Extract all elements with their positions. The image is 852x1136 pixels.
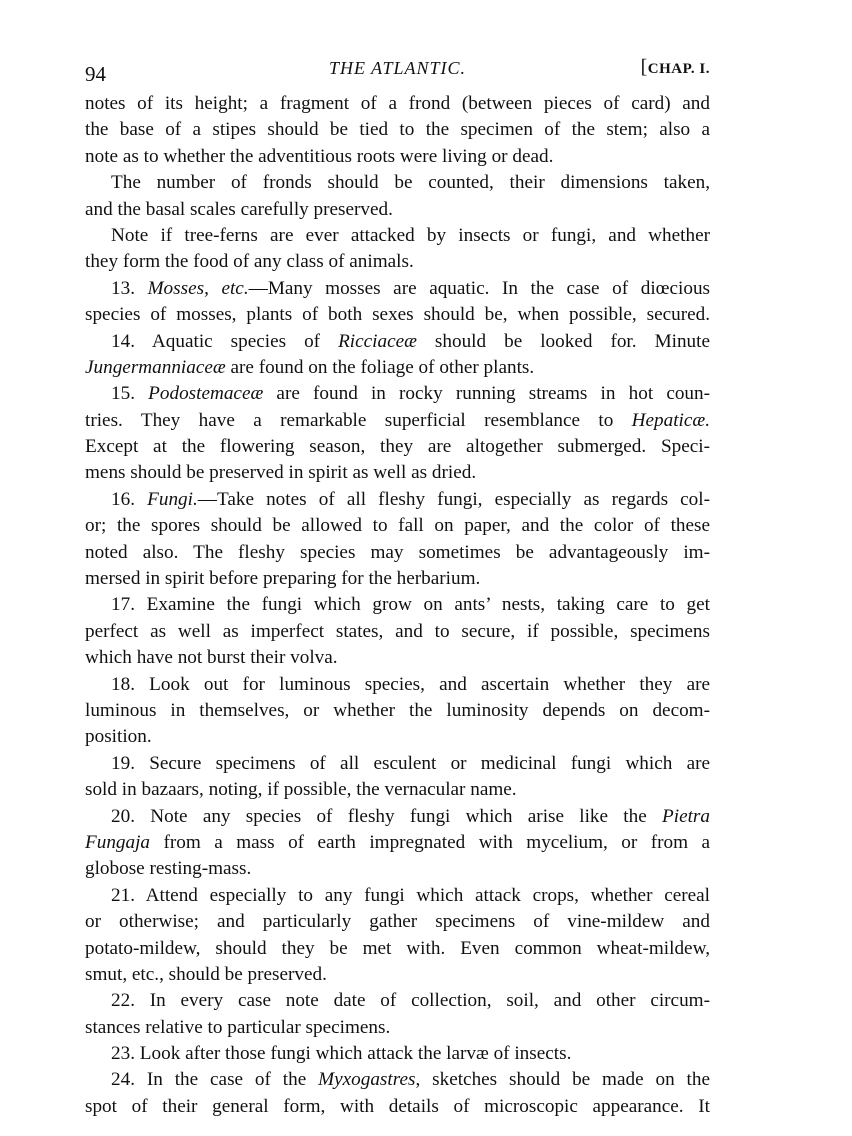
text-segment: 16.	[111, 489, 147, 510]
text-segment: or; the spores should be allowed to fall…	[85, 515, 710, 536]
italic-term: Myxogastres	[318, 1069, 415, 1090]
text-segment: which have not burst their volva.	[85, 647, 338, 668]
text-segment: 22. In every case note date of collectio…	[111, 990, 710, 1011]
italic-term: Mosses, etc.	[148, 278, 249, 299]
text-segment: stances relative to particular specimens…	[85, 1017, 390, 1038]
text-line: globose resting-mass.	[85, 856, 710, 882]
text-line: note as to whether the adventitious root…	[85, 144, 710, 170]
text-segment: , sketches should be made on the	[415, 1069, 710, 1090]
text-line: luminous in themselves, or whether the l…	[85, 698, 710, 724]
italic-term: Podostemaceæ	[148, 383, 263, 404]
text-segment: The number of fronds should be counted, …	[111, 172, 710, 193]
text-line: position.	[85, 724, 710, 750]
text-segment: 17. Examine the fungi which grow on ants…	[111, 594, 710, 615]
text-line: they form the food of any class of anima…	[85, 249, 710, 275]
text-segment: 14. Aquatic species of	[111, 331, 338, 352]
text-segment: should be looked for. Minute	[417, 331, 710, 352]
text-line: Jungermanniaceæ are found on the foliage…	[85, 355, 710, 381]
text-line: 17. Examine the fungi which grow on ants…	[85, 592, 710, 618]
body-text: notes of its height; a fragment of a fro…	[85, 91, 710, 1120]
text-segment: 15.	[111, 383, 148, 404]
text-line: species of mosses, plants of both sexes …	[85, 302, 710, 328]
text-segment: they form the food of any class of anima…	[85, 251, 414, 272]
text-line: potato-mildew, should they be met with. …	[85, 936, 710, 962]
text-segment: sold in bazaars, noting, if possible, th…	[85, 779, 517, 800]
text-segment: 23. Look after those fungi which attack …	[111, 1043, 571, 1064]
text-segment: —Take notes of all fleshy fungi, especia…	[198, 489, 710, 510]
text-line: the base of a stipes should be tied to t…	[85, 117, 710, 143]
text-segment: tries. They have a remarkable superficia…	[85, 410, 632, 431]
text-segment: note as to whether the adventitious root…	[85, 146, 553, 167]
text-segment: 13.	[111, 278, 148, 299]
text-line: 20. Note any species of fleshy fungi whi…	[85, 804, 710, 830]
text-segment: mersed in spirit before preparing for th…	[85, 568, 480, 589]
text-line: 19. Secure specimens of all esculent or …	[85, 751, 710, 777]
text-line: Except at the flowering season, they are…	[85, 434, 710, 460]
text-segment: mens should be preserved in spirit as we…	[85, 462, 476, 483]
text-segment: from a mass of earth impregnated with my…	[150, 832, 710, 853]
text-segment: noted also. The fleshy species may somet…	[85, 542, 710, 563]
text-line: noted also. The fleshy species may somet…	[85, 540, 710, 566]
text-line: 24. In the case of the Myxogastres, sket…	[85, 1067, 710, 1093]
running-title: THE ATLANTIC.	[85, 58, 710, 79]
text-segment: perfect as well as imperfect states, and…	[85, 621, 710, 642]
text-segment: species of mosses, plants of both sexes …	[85, 304, 710, 325]
italic-term: Pietra	[662, 806, 710, 827]
text-line: 15. Podostemaceæ are found in rocky runn…	[85, 381, 710, 407]
text-line: mens should be preserved in spirit as we…	[85, 460, 710, 486]
text-line: sold in bazaars, noting, if possible, th…	[85, 777, 710, 803]
text-segment: luminous in themselves, or whether the l…	[85, 700, 710, 721]
text-line: or otherwise; and particularly gather sp…	[85, 909, 710, 935]
text-line: Note if tree-ferns are ever attacked by …	[85, 223, 710, 249]
text-line: 21. Attend especially to any fungi which…	[85, 883, 710, 909]
text-segment: position.	[85, 726, 152, 747]
text-segment: 21. Attend especially to any fungi which…	[111, 885, 710, 906]
text-line: 14. Aquatic species of Ricciaceæ should …	[85, 329, 710, 355]
text-segment: spot of their general form, with details…	[85, 1096, 710, 1117]
text-segment: potato-mildew, should they be met with. …	[85, 938, 710, 959]
text-line: 22. In every case note date of collectio…	[85, 988, 710, 1014]
page-header: 94 THE ATLANTIC. [CHAP. I.	[85, 58, 710, 88]
text-segment: 19. Secure specimens of all esculent or …	[111, 753, 710, 774]
text-line: The number of fronds should be counted, …	[85, 170, 710, 196]
text-segment: are found in rocky running streams in ho…	[263, 383, 710, 404]
text-segment: the base of a stipes should be tied to t…	[85, 119, 710, 140]
text-line: perfect as well as imperfect states, and…	[85, 619, 710, 645]
italic-term: Hepaticæ.	[632, 410, 710, 431]
text-segment: Note if tree-ferns are ever attacked by …	[111, 225, 710, 246]
text-line: mersed in spirit before preparing for th…	[85, 566, 710, 592]
text-line: stances relative to particular specimens…	[85, 1015, 710, 1041]
text-segment: globose resting-mass.	[85, 858, 251, 879]
text-line: notes of its height; a fragment of a fro…	[85, 91, 710, 117]
text-segment: 18. Look out for luminous species, and a…	[111, 674, 710, 695]
text-line: tries. They have a remarkable superficia…	[85, 408, 710, 434]
text-segment: smut, etc., should be preserved.	[85, 964, 327, 985]
text-line: or; the spores should be allowed to fall…	[85, 513, 710, 539]
text-line: 18. Look out for luminous species, and a…	[85, 672, 710, 698]
chapter-label: [CHAP. I.	[641, 56, 710, 79]
text-line: which have not burst their volva.	[85, 645, 710, 671]
book-page: 94 THE ATLANTIC. [CHAP. I. notes of its …	[0, 0, 852, 1136]
italic-term: Fungaja	[85, 832, 150, 853]
text-segment: notes of its height; a fragment of a fro…	[85, 93, 710, 114]
italic-term: Jungermanniaceæ	[85, 357, 226, 378]
italic-term: Ricciaceæ	[338, 331, 417, 352]
chapter-text: CHAP. I.	[648, 61, 710, 77]
text-segment: or otherwise; and particularly gather sp…	[85, 911, 710, 932]
text-segment: are found on the foliage of other plants…	[226, 357, 535, 378]
text-segment: Except at the flowering season, they are…	[85, 436, 710, 457]
text-line: spot of their general form, with details…	[85, 1094, 710, 1120]
text-segment: 24. In the case of the	[111, 1069, 318, 1090]
text-segment: and the basal scales carefully preserved…	[85, 199, 393, 220]
text-line: 23. Look after those fungi which attack …	[85, 1041, 710, 1067]
text-segment: 20. Note any species of fleshy fungi whi…	[111, 806, 662, 827]
text-segment: —Many mosses are aquatic. In the case of…	[249, 278, 710, 299]
text-line: smut, etc., should be preserved.	[85, 962, 710, 988]
chapter-bracket: [	[641, 56, 648, 78]
text-line: and the basal scales carefully preserved…	[85, 197, 710, 223]
text-line: 13. Mosses, etc.—Many mosses are aquatic…	[85, 276, 710, 302]
text-line: Fungaja from a mass of earth impregnated…	[85, 830, 710, 856]
text-line: 16. Fungi.—Take notes of all fleshy fung…	[85, 487, 710, 513]
italic-term: Fungi.	[147, 489, 198, 510]
